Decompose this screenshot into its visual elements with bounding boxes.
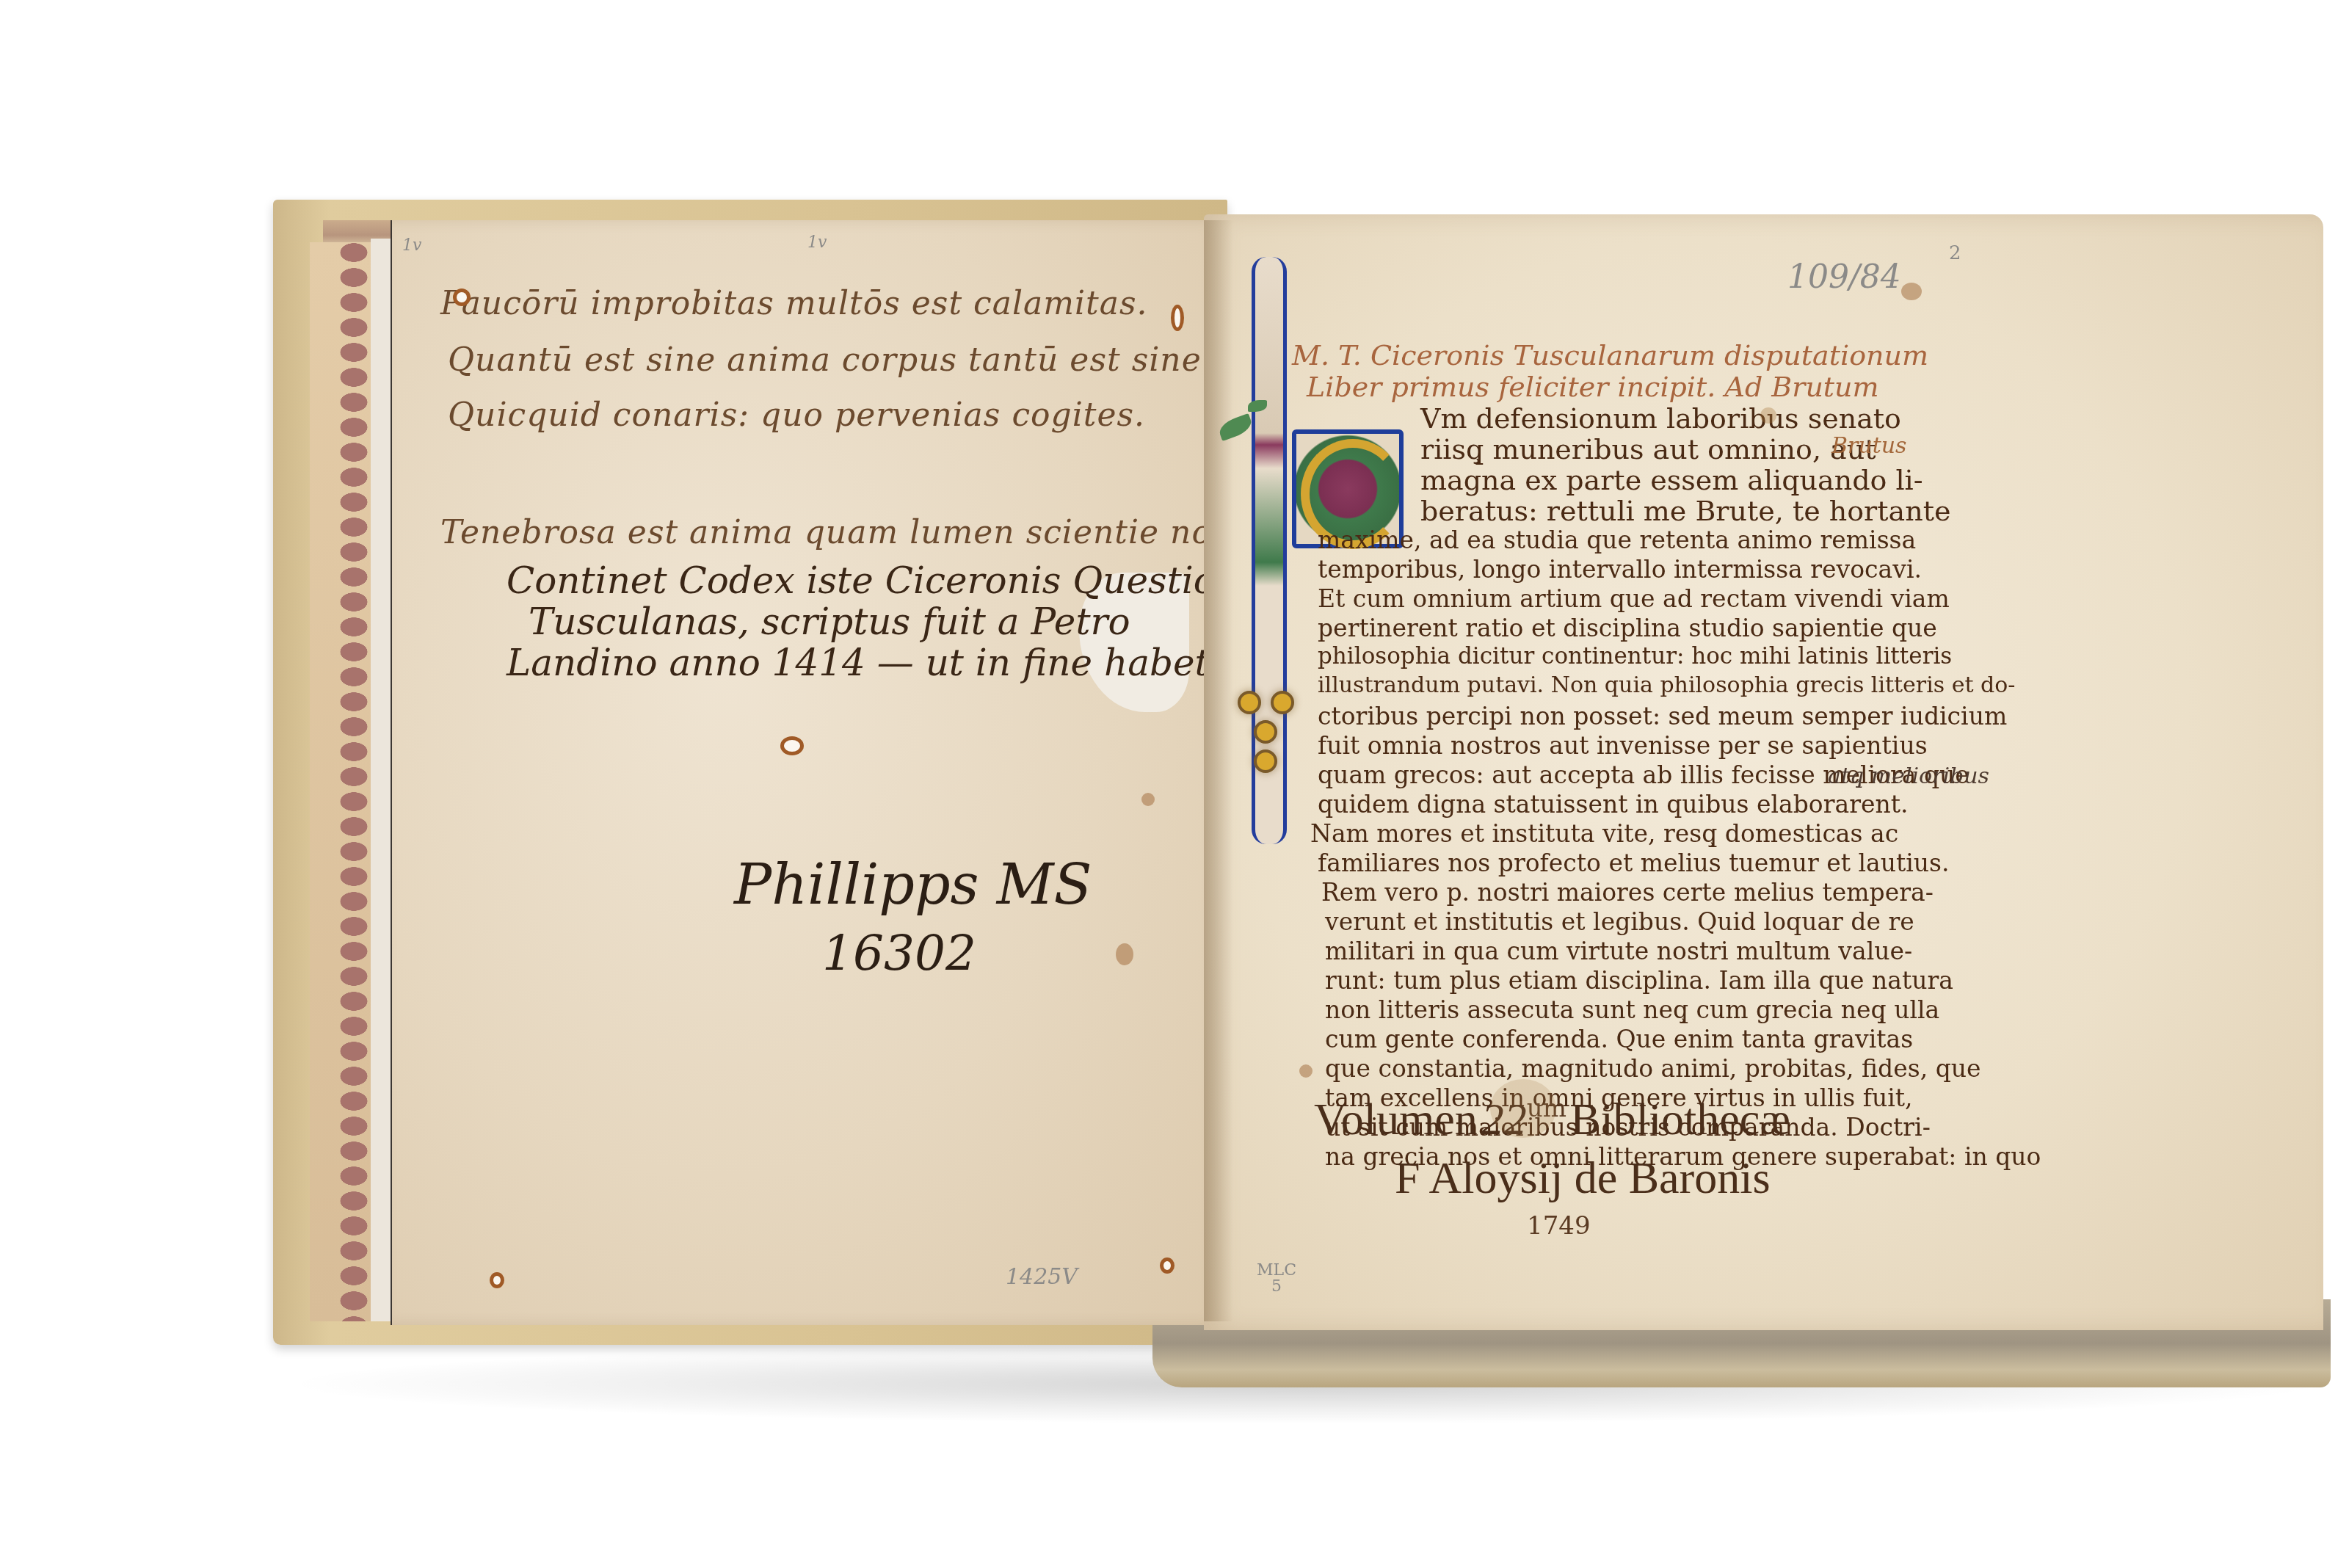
text-line: Et cum omnium artium que ad rectam viven… (1318, 584, 1950, 613)
provenance-note-line: Tusculanas, scriptus fuit a Petro (529, 600, 1130, 643)
left-page-flyleaf (391, 220, 1221, 1325)
folio-mark-center: 1v (807, 233, 827, 252)
marginal-note-meliorib: atq̧ melioribus (1828, 763, 1989, 789)
water-stain (1490, 1079, 1556, 1138)
text-line: maxime, ad ea studia que retenta animo r… (1318, 526, 1916, 554)
gold-bezant (1274, 694, 1291, 711)
inscription-line: Quicquid conaris: quo pervenias cogites. (448, 396, 1145, 434)
text-line: quidem digna statuissent in quibus elabo… (1318, 790, 1908, 819)
shelfmark-phillipps: Phillipps MS (734, 852, 1092, 917)
marbled-endpaper (310, 242, 376, 1321)
pencil-mark-mlc: MLC 5 (1257, 1263, 1296, 1295)
ownership-year: 1749 (1527, 1211, 1591, 1241)
text-line: beratus: rettuli me Brute, te hortante (1420, 495, 1950, 527)
text-line: Nam mores et instituta vite, resq̧ domes… (1310, 819, 1898, 848)
text-line: verunt et institutis et legibus. Quid lo… (1325, 907, 1914, 936)
foxing-stain (1901, 283, 1922, 300)
text-line: magna ex parte essem aliquando li- (1420, 464, 1923, 496)
rubric-incipit: Liber primus feliciter incipit. Ad Brutu… (1307, 371, 1879, 403)
text-line: cum gente conferenda. Que enim tanta gra… (1325, 1025, 1913, 1053)
foxing-stain (1116, 943, 1133, 965)
foxing-stain (1141, 793, 1155, 806)
foxing-stain (1760, 407, 1776, 424)
text-line: illustrandum putavi. Non quia philosophi… (1318, 672, 2015, 698)
inscription-line: Paucōrū improbitas multōs est calamit… (440, 285, 1148, 322)
bibliothecae-label: Bibliothecæ (1570, 1095, 1790, 1144)
wormhole (1163, 1261, 1171, 1270)
ownership-inscription-line2: F Aloysij de Baronis (1395, 1153, 1771, 1205)
shelfmark-number: 16302 (822, 925, 976, 981)
text-line: militari in qua cum virtute nostri multu… (1325, 937, 1912, 965)
pencil-mark-mlc-line2: 5 (1257, 1279, 1296, 1295)
wormhole (457, 292, 467, 302)
gold-bezant (1257, 723, 1274, 741)
pencil-mark-mlc-line1: MLC (1257, 1263, 1296, 1279)
provenance-note-line: Landino anno 1414 — ut in fine habetur (507, 642, 1251, 684)
volumen-label: Volumen (1314, 1095, 1478, 1144)
text-line: Vm defensionum laboribus senato (1420, 402, 1901, 435)
wormhole (784, 740, 800, 752)
rubric-title: M. T. Ciceronis Tusculanarum disputation… (1292, 339, 1928, 371)
text-line: que constantia, magnitudo animi, probita… (1325, 1054, 1981, 1083)
folio-mark-left: 1v (402, 236, 421, 255)
folio-number: 2 (1949, 242, 1961, 264)
provenance-note-line: Continet Codex iste Ciceronis Questiones (507, 559, 1279, 602)
wormhole (1174, 308, 1180, 327)
text-line: riisq̧ muneribus aut omnino, aut (1420, 433, 1876, 465)
text-line: ctoribus percipi non posset: sed meum se… (1318, 702, 2007, 730)
marginal-note-brutus: Brutus (1831, 433, 1906, 459)
wormhole (493, 1276, 501, 1285)
gutter-shadow (1204, 220, 1233, 1321)
text-line: fuit omnia nostros aut invenisse per se … (1318, 731, 1928, 760)
text-line: runt: tum plus etiam disciplina. Iam ill… (1325, 966, 1953, 995)
gold-bezant (1257, 752, 1274, 770)
text-line: non litteris assecuta sunt neq̧ cum grec… (1325, 995, 1939, 1024)
pencil-mark-left: 1425V (1006, 1264, 1078, 1290)
text-line: philosophia dicitur continentur: hoc mih… (1318, 643, 1952, 669)
text-line: temporibus, longo intervallo intermissa … (1318, 555, 1922, 584)
text-line: Rem vero p. nostri maiores certe melius … (1321, 878, 1934, 907)
gold-bezant (1241, 694, 1258, 711)
text-line: pertinerent ratio et disciplina studio s… (1318, 614, 1937, 642)
text-line: familiares nos profecto et melius tuemur… (1318, 849, 1949, 877)
foxing-stain (1299, 1064, 1313, 1078)
pencil-shelfmark: 109/84 (1787, 258, 1901, 296)
